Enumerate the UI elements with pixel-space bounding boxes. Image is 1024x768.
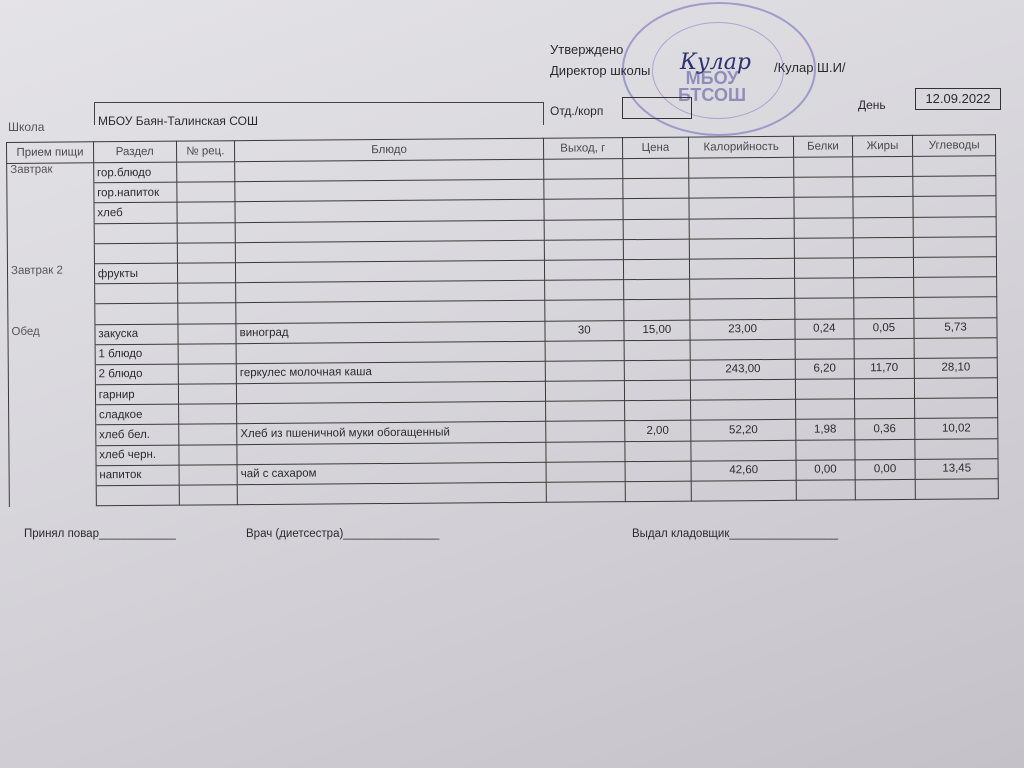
cell-recipe bbox=[178, 424, 237, 445]
cell-carbs bbox=[914, 337, 997, 358]
cell-fat: 11,70 bbox=[854, 358, 915, 379]
cell-carbs bbox=[913, 196, 996, 217]
cell-fat bbox=[853, 277, 914, 298]
cell-calories bbox=[690, 258, 795, 279]
cell-dish: геркулес молочная каша bbox=[236, 361, 545, 384]
cell-recipe bbox=[179, 465, 238, 486]
cell-dish bbox=[236, 341, 545, 364]
cook-signature-line: Принял повар____________ bbox=[24, 528, 176, 540]
cell-recipe bbox=[178, 384, 237, 405]
director-label: Директор школы bbox=[550, 63, 650, 78]
cell-section: хлеб черн. bbox=[96, 445, 179, 466]
column-header: Выход, г bbox=[543, 138, 622, 160]
cell-protein bbox=[794, 197, 853, 218]
doctor-signature-line: Врач (диетсестра)_______________ bbox=[246, 528, 439, 540]
cell-protein: 0,00 bbox=[796, 460, 855, 481]
cell-calories bbox=[689, 178, 794, 199]
cell-meal: Завтрак bbox=[7, 163, 94, 184]
cell-output bbox=[545, 361, 624, 382]
cell-section: сладкое bbox=[95, 404, 178, 425]
cell-fat bbox=[853, 217, 914, 238]
cell-section: 2 блюдо bbox=[95, 364, 178, 385]
cell-carbs bbox=[914, 297, 997, 318]
cell-protein bbox=[794, 238, 853, 259]
cell-output bbox=[544, 159, 623, 180]
cell-dish: Хлеб из пшеничной муки обогащенный bbox=[237, 422, 546, 445]
cell-output bbox=[544, 280, 623, 301]
cell-section bbox=[94, 243, 177, 264]
cell-output bbox=[544, 199, 623, 220]
cell-meal: Обед bbox=[8, 324, 95, 345]
cell-output bbox=[546, 461, 625, 482]
cell-carbs: 13,45 bbox=[915, 459, 998, 480]
cell-dish: виноград bbox=[236, 321, 545, 344]
cell-protein bbox=[796, 399, 855, 420]
cell-output bbox=[544, 179, 623, 200]
cell-dish bbox=[236, 280, 545, 303]
column-header: Углеводы bbox=[913, 135, 996, 157]
cell-fat bbox=[853, 197, 914, 218]
cell-calories bbox=[689, 157, 794, 178]
cell-carbs: 28,10 bbox=[914, 358, 997, 379]
cell-dish bbox=[236, 260, 545, 283]
cell-fat bbox=[853, 298, 914, 319]
cell-protein bbox=[794, 217, 853, 238]
cell-recipe bbox=[177, 283, 236, 304]
cell-recipe bbox=[177, 242, 236, 263]
column-header: Жиры bbox=[852, 135, 913, 156]
cell-fat: 0,36 bbox=[854, 419, 915, 440]
cell-fat bbox=[855, 479, 916, 500]
cell-carbs: 5,73 bbox=[914, 317, 997, 338]
cell-meal bbox=[7, 223, 94, 244]
cell-output bbox=[544, 239, 623, 260]
cell-fat bbox=[853, 257, 914, 278]
cell-dish bbox=[237, 482, 546, 505]
cell-calories: 23,00 bbox=[690, 319, 795, 340]
cell-recipe bbox=[177, 303, 236, 324]
storekeeper-signature-line: Выдал кладовщик_________________ bbox=[632, 528, 838, 540]
cell-carbs bbox=[915, 398, 998, 419]
cell-calories bbox=[689, 218, 794, 239]
cell-section: фрукты bbox=[94, 263, 177, 284]
cell-meal bbox=[7, 203, 94, 224]
cell-dish bbox=[235, 179, 544, 202]
cell-price bbox=[623, 279, 690, 300]
cell-fat bbox=[853, 237, 914, 258]
cell-calories bbox=[691, 379, 796, 400]
cell-price bbox=[623, 299, 690, 320]
cell-carbs bbox=[913, 236, 996, 257]
cell-price bbox=[623, 259, 690, 280]
column-header: Цена bbox=[622, 137, 689, 159]
cell-carbs: 10,02 bbox=[915, 418, 998, 439]
cell-calories bbox=[690, 339, 795, 360]
cell-output bbox=[546, 482, 625, 503]
cell-fat bbox=[854, 399, 915, 420]
school-value: МБОУ Баян-Талинская СОШ bbox=[98, 114, 258, 128]
cell-calories bbox=[689, 238, 794, 259]
cell-price bbox=[624, 441, 691, 462]
cell-carbs bbox=[913, 176, 996, 197]
cell-dish bbox=[235, 159, 544, 182]
director-signature: Кулар bbox=[680, 50, 751, 75]
cell-dish bbox=[235, 240, 544, 263]
cell-recipe bbox=[178, 364, 237, 385]
cell-carbs bbox=[913, 216, 996, 237]
cell-price bbox=[625, 481, 692, 502]
cell-price bbox=[624, 340, 691, 361]
cell-price: 15,00 bbox=[623, 320, 690, 341]
cell-output bbox=[545, 300, 624, 321]
cell-calories: 52,20 bbox=[691, 420, 796, 441]
cell-calories bbox=[690, 299, 795, 320]
cell-carbs bbox=[915, 479, 998, 500]
cell-dish bbox=[235, 220, 544, 243]
cell-output bbox=[545, 381, 624, 402]
cell-protein: 6,20 bbox=[795, 359, 854, 380]
approved-label: Утверждено bbox=[550, 42, 623, 57]
cell-protein bbox=[795, 258, 854, 279]
cell-price: 2,00 bbox=[624, 421, 691, 442]
cell-meal bbox=[9, 445, 96, 466]
cell-calories: 243,00 bbox=[690, 359, 795, 380]
cell-fat: 0,05 bbox=[854, 318, 915, 339]
cell-protein: 0,24 bbox=[795, 318, 854, 339]
cell-protein bbox=[795, 298, 854, 319]
department-field bbox=[622, 97, 692, 119]
cell-output bbox=[544, 260, 623, 281]
cell-meal bbox=[7, 183, 94, 204]
day-value: 12.09.2022 bbox=[915, 88, 1001, 110]
cell-calories bbox=[691, 480, 796, 501]
column-header: Раздел bbox=[93, 141, 176, 163]
cell-recipe bbox=[179, 485, 238, 506]
cell-meal bbox=[8, 365, 95, 386]
cell-meal bbox=[9, 486, 96, 507]
cell-dish bbox=[237, 442, 546, 465]
cell-carbs bbox=[914, 257, 997, 278]
cell-output bbox=[545, 340, 624, 361]
cell-meal bbox=[9, 425, 96, 446]
cell-calories bbox=[691, 400, 796, 421]
cell-section: закуска bbox=[95, 324, 178, 345]
cell-section bbox=[94, 223, 177, 244]
cell-section: напиток bbox=[96, 465, 179, 486]
cell-carbs bbox=[913, 156, 996, 177]
cell-recipe bbox=[177, 222, 236, 243]
cell-output bbox=[545, 401, 624, 422]
cell-fat bbox=[852, 156, 913, 177]
cell-recipe bbox=[178, 444, 237, 465]
column-header: Прием пищи bbox=[7, 142, 94, 164]
cell-price bbox=[622, 178, 689, 199]
cell-fat bbox=[855, 439, 916, 460]
cell-recipe bbox=[178, 343, 237, 364]
cell-fat bbox=[854, 338, 915, 359]
table-body: Завтракгор.блюдогор.напитокхлебЗавтрак 2… bbox=[7, 156, 999, 507]
cell-protein bbox=[795, 379, 854, 400]
cell-carbs bbox=[914, 277, 997, 298]
cell-protein bbox=[795, 339, 854, 360]
department-label: Отд./корп bbox=[550, 104, 603, 118]
cell-meal bbox=[8, 344, 95, 365]
cell-price bbox=[624, 400, 691, 421]
cell-fat: 0,00 bbox=[855, 459, 916, 480]
cell-recipe bbox=[176, 182, 235, 203]
cell-protein: 1,98 bbox=[796, 419, 855, 440]
school-label: Школа bbox=[8, 120, 44, 134]
cell-price bbox=[623, 239, 690, 260]
cell-section: 1 блюдо bbox=[95, 344, 178, 365]
cell-calories bbox=[689, 198, 794, 219]
cell-protein bbox=[794, 157, 853, 178]
cell-price bbox=[624, 360, 691, 381]
cell-dish bbox=[237, 402, 546, 425]
cell-meal bbox=[8, 385, 95, 406]
cell-recipe bbox=[177, 263, 236, 284]
column-header: № рец. bbox=[176, 141, 235, 162]
day-label: День bbox=[858, 98, 886, 112]
cell-recipe bbox=[177, 323, 236, 344]
cell-fat bbox=[852, 177, 913, 198]
column-header: Белки bbox=[794, 136, 853, 157]
menu-table: Прием пищиРаздел№ рец.БлюдоВыход, гЦенаК… bbox=[6, 134, 999, 507]
cell-calories bbox=[690, 278, 795, 299]
cell-price bbox=[623, 219, 690, 240]
cell-output bbox=[544, 219, 623, 240]
cell-protein bbox=[794, 177, 853, 198]
cell-section: гарнир bbox=[95, 384, 178, 405]
cell-fat bbox=[854, 378, 915, 399]
column-header: Блюдо bbox=[235, 138, 544, 161]
cell-carbs bbox=[915, 438, 998, 459]
cell-recipe bbox=[177, 202, 236, 223]
cell-recipe bbox=[176, 162, 235, 183]
cell-output bbox=[546, 441, 625, 462]
cell-protein bbox=[796, 439, 855, 460]
cell-section bbox=[96, 485, 179, 506]
cell-section bbox=[95, 303, 178, 324]
cell-meal bbox=[8, 304, 95, 325]
cell-dish bbox=[235, 200, 544, 223]
cell-dish: чай с сахаром bbox=[237, 462, 546, 485]
cell-meal bbox=[9, 405, 96, 426]
column-header: Калорийность bbox=[689, 136, 794, 158]
cell-output bbox=[546, 421, 625, 442]
cell-section: гор.блюдо bbox=[93, 162, 176, 183]
cell-price bbox=[625, 461, 692, 482]
cell-calories: 42,60 bbox=[691, 460, 796, 481]
cell-meal: Завтрак 2 bbox=[7, 264, 94, 285]
cell-calories bbox=[691, 440, 796, 461]
cell-price bbox=[624, 380, 691, 401]
cell-section: гор.напиток bbox=[94, 182, 177, 203]
cell-output: 30 bbox=[545, 320, 624, 341]
cell-protein bbox=[796, 480, 855, 501]
cell-meal bbox=[8, 284, 95, 305]
cell-price bbox=[622, 158, 689, 179]
cell-recipe bbox=[178, 404, 237, 425]
director-name: /Кулар Ш.И/ bbox=[774, 60, 846, 75]
cell-price bbox=[623, 199, 690, 220]
cell-section: хлеб бел. bbox=[96, 425, 179, 446]
cell-section bbox=[94, 283, 177, 304]
cell-meal bbox=[7, 244, 94, 265]
cell-dish bbox=[236, 381, 545, 404]
cell-protein bbox=[795, 278, 854, 299]
cell-meal bbox=[9, 466, 96, 487]
cell-carbs bbox=[915, 378, 998, 399]
cell-section: хлеб bbox=[94, 203, 177, 224]
cell-dish bbox=[236, 301, 545, 324]
